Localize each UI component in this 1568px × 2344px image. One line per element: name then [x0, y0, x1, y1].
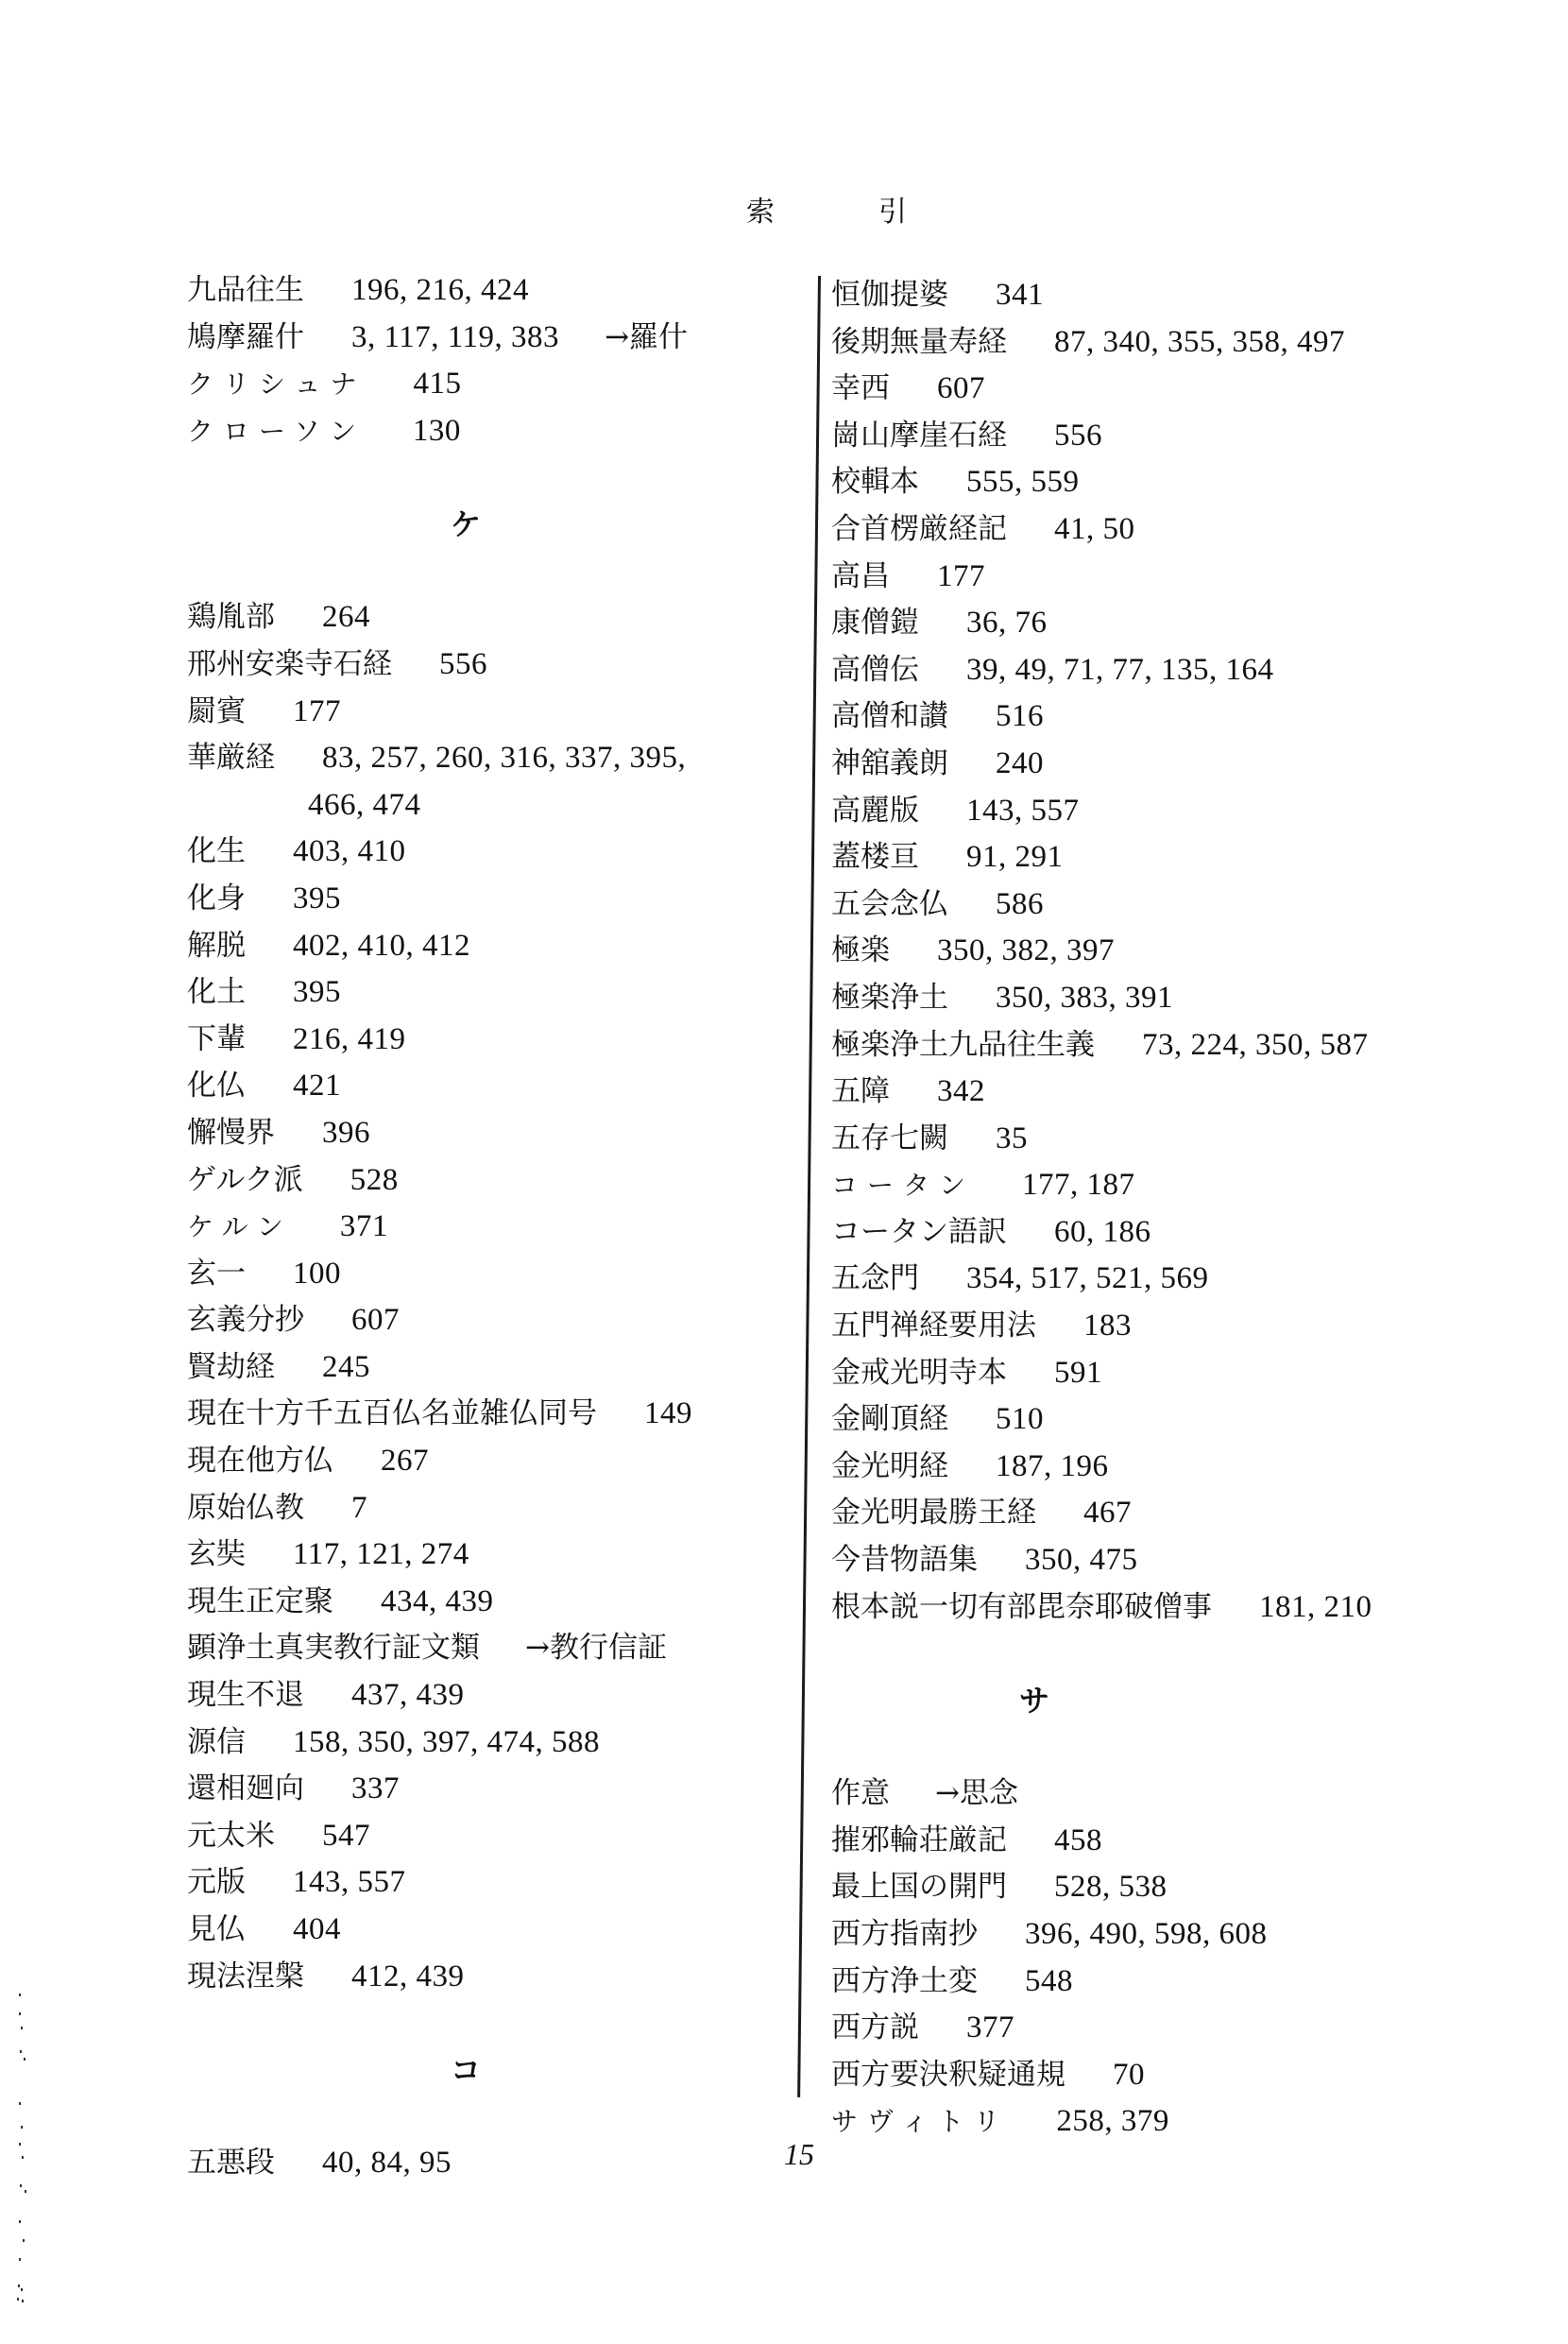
entry-term: 高昌	[831, 554, 890, 601]
entry-page-numbers: 41, 50	[1054, 506, 1135, 554]
entry-page-numbers: 91, 291	[966, 834, 1064, 881]
entry-page-numbers: 354, 517, 521, 569	[966, 1256, 1209, 1303]
entry-page-numbers: 547	[322, 1813, 370, 1860]
index-entry: サヴィトリ258, 379	[831, 2098, 1436, 2146]
entry-page-numbers: 267	[381, 1438, 429, 1485]
index-entry: 蓋楼亘91, 291	[831, 834, 1436, 881]
index-entry: 摧邪輪荘厳記458	[831, 1818, 1436, 1865]
entry-term: 西方浄土変	[831, 1959, 978, 2006]
entry-term: 幸西	[831, 366, 890, 413]
index-entry: 罽賓177	[187, 689, 792, 736]
index-entry: 化土395	[187, 969, 792, 1017]
entry-page-numbers: 548	[1025, 1959, 1073, 2006]
entry-page-numbers: 607	[937, 366, 985, 413]
entry-term: 五悪段	[187, 2140, 275, 2187]
entry-term: 恒伽提婆	[831, 272, 948, 319]
entry-term: 華厳経	[187, 735, 275, 782]
entry-term: 今昔物語集	[831, 1537, 978, 1584]
entry-page-numbers: 3, 117, 119, 383	[351, 315, 559, 362]
index-entry: 現在他方仏267	[187, 1438, 792, 1485]
entry-page-numbers: 130	[413, 408, 461, 455]
index-entry: コータン177, 187	[831, 1162, 1436, 1209]
entry-page-numbers: 371	[340, 1204, 388, 1251]
index-entry: 原始仏教7	[187, 1485, 792, 1532]
entry-term: 邢州安楽寺石経	[187, 642, 392, 689]
index-entry: 鳩摩羅什3, 117, 119, 383→羅什	[187, 315, 792, 362]
entry-term: 作意	[831, 1771, 890, 1818]
entry-page-numbers: 177	[293, 689, 341, 736]
entry-page-numbers: 556	[439, 642, 487, 689]
entry-page-numbers: 100	[293, 1251, 341, 1298]
entry-page-numbers: 403, 410	[293, 829, 406, 876]
entry-term: 化生	[187, 829, 246, 876]
entry-term: 下輩	[187, 1017, 246, 1064]
index-entry: 校輯本555, 559	[831, 459, 1436, 506]
entry-term: 金光明最勝王経	[831, 1490, 1036, 1537]
entry-term: 化仏	[187, 1063, 246, 1110]
entry-page-numbers: 377	[966, 2005, 1014, 2052]
entry-page-numbers: 187, 196	[996, 1444, 1109, 1491]
entry-term: 解脱	[187, 923, 246, 970]
entry-term: 五存七闕	[831, 1116, 948, 1163]
entry-term: 康僧鎧	[831, 600, 919, 647]
page-header: 索 引	[746, 194, 907, 231]
entry-term: 極楽	[831, 928, 890, 975]
index-entry: 化身395	[187, 876, 792, 923]
entry-term: 崗山摩崖石経	[831, 413, 1007, 460]
index-entry: 玄奘117, 121, 274	[187, 1531, 792, 1579]
entry-page-numbers: 39, 49, 71, 77, 135, 164	[966, 647, 1274, 694]
entry-term: 玄一	[187, 1251, 246, 1298]
index-entry: 元版143, 557	[187, 1859, 792, 1907]
index-entry: 高僧伝39, 49, 71, 77, 135, 164	[831, 647, 1436, 694]
entry-page-numbers: 395	[293, 969, 341, 1017]
entry-term: クリシュナ	[187, 361, 366, 408]
index-column-right: 恒伽提婆341後期無量寿経87, 340, 355, 358, 497幸西607…	[831, 272, 1436, 2146]
index-entry: 源信158, 350, 397, 474, 588	[187, 1720, 792, 1767]
entry-term: 化身	[187, 876, 246, 923]
entry-cross-reference: →思念	[935, 1771, 1018, 1818]
index-entry: 神舘義朗240	[831, 741, 1436, 788]
entry-term: 校輯本	[831, 459, 919, 506]
index-entry: 西方要決釈疑通規70	[831, 2052, 1436, 2099]
entry-page-numbers: 264	[322, 594, 370, 642]
entry-page-numbers: 143, 557	[293, 1859, 406, 1907]
index-entry: 極楽浄土九品往生義73, 224, 350, 587	[831, 1022, 1436, 1069]
entry-page-numbers: 396, 490, 598, 608	[1025, 1911, 1268, 1959]
entry-term: 高麗版	[831, 788, 919, 835]
index-entry: クローソン130	[187, 408, 792, 455]
index-entry: 現在十方千五百仏名並雑仏同号149	[187, 1391, 792, 1438]
column-divider	[797, 276, 821, 2097]
index-entry: 極楽350, 382, 397	[831, 928, 1436, 975]
entry-term: 五障	[831, 1069, 890, 1116]
index-entry: 恒伽提婆341	[831, 272, 1436, 319]
entry-page-numbers: 528	[350, 1157, 399, 1205]
entry-page-numbers: 240	[996, 741, 1044, 788]
entry-page-numbers: 196, 216, 424	[351, 267, 529, 315]
index-entry: 五門禅経要用法183	[831, 1303, 1436, 1350]
index-entry: 現生不退437, 439	[187, 1672, 792, 1720]
entry-page-numbers: 556	[1054, 413, 1102, 460]
entry-page-numbers: 35	[996, 1116, 1028, 1163]
section-heading: ケ	[187, 454, 744, 594]
entry-page-numbers: 342	[937, 1069, 985, 1116]
entry-term: 摧邪輪荘厳記	[831, 1818, 1007, 1865]
header-char-left: 索	[746, 194, 775, 231]
entry-page-numbers: 591	[1054, 1350, 1102, 1397]
index-entry: 作意→思念	[831, 1771, 1436, 1818]
entry-page-numbers: 350, 382, 397	[937, 928, 1115, 975]
entry-term: 極楽浄土	[831, 975, 948, 1022]
entry-term: 後期無量寿経	[831, 319, 1007, 367]
entry-page-numbers: 117, 121, 274	[293, 1531, 469, 1579]
entry-term: 罽賓	[187, 689, 246, 736]
index-entry: 九品往生196, 216, 424	[187, 267, 792, 315]
entry-term: 高僧伝	[831, 647, 919, 694]
index-page: 索 引 九品往生196, 216, 424鳩摩羅什3, 117, 119, 38…	[0, 0, 1568, 2344]
entry-term: 鶏胤部	[187, 594, 275, 642]
index-entry: 幸西607	[831, 366, 1436, 413]
index-entry: 玄一100	[187, 1251, 792, 1298]
entry-cross-reference: →教行信証	[525, 1625, 667, 1672]
entry-page-numbers: 402, 410, 412	[293, 923, 470, 970]
entry-term: コータン語訳	[831, 1209, 1007, 1257]
entry-term: 原始仏教	[187, 1485, 304, 1532]
index-entry: 現生正定聚434, 439	[187, 1579, 792, 1626]
index-entry: 鶏胤部264	[187, 594, 792, 642]
entry-page-numbers: 607	[351, 1297, 400, 1344]
entry-page-numbers: 466, 474	[308, 782, 421, 830]
entry-page-numbers: 158, 350, 397, 474, 588	[293, 1720, 600, 1767]
entry-term: 還相廻向	[187, 1766, 304, 1813]
index-entry: 五存七闕35	[831, 1116, 1436, 1163]
entry-page-numbers: 415	[413, 361, 461, 408]
entry-term: 玄義分抄	[187, 1297, 304, 1344]
index-entry: 現法涅槃412, 439	[187, 1954, 792, 2001]
entry-term: 西方説	[831, 2005, 919, 2052]
index-column-left: 九品往生196, 216, 424鳩摩羅什3, 117, 119, 383→羅什…	[187, 267, 792, 2187]
entry-page-numbers: 258, 379	[1056, 2098, 1169, 2146]
entry-page-numbers: 586	[996, 881, 1044, 929]
entry-term: 九品往生	[187, 267, 304, 315]
index-entry: 化生403, 410	[187, 829, 792, 876]
entry-term: 現在十方千五百仏名並雑仏同号	[187, 1391, 597, 1438]
entry-page-numbers: 341	[996, 272, 1044, 319]
entry-term: 五念門	[831, 1256, 919, 1303]
entry-page-numbers: 60, 186	[1054, 1209, 1151, 1257]
index-entry: 後期無量寿経87, 340, 355, 358, 497	[831, 319, 1436, 367]
entry-term: 現在他方仏	[187, 1438, 333, 1485]
index-entry: 下輩216, 419	[187, 1017, 792, 1064]
entry-page-numbers: 404	[293, 1907, 341, 1954]
entry-term: 元版	[187, 1859, 246, 1907]
entry-term: 玄奘	[187, 1531, 246, 1579]
entry-page-numbers: 528, 538	[1054, 1864, 1167, 1911]
page-number: 15	[784, 2137, 814, 2172]
index-entry: 金光明経187, 196	[831, 1444, 1436, 1491]
index-entry: 西方浄土変548	[831, 1959, 1436, 2006]
entry-term: 鳩摩羅什	[187, 315, 304, 362]
entry-page-numbers: 40, 84, 95	[322, 2140, 452, 2187]
entry-page-numbers: 149	[644, 1391, 692, 1438]
index-entry: 西方指南抄396, 490, 598, 608	[831, 1911, 1436, 1959]
index-entry: 還相廻向337	[187, 1766, 792, 1813]
index-entry: ケルン371	[187, 1204, 792, 1251]
index-entry-continuation: 466, 474	[187, 782, 792, 830]
entry-term: 見仏	[187, 1907, 246, 1954]
index-entry: 五悪段40, 84, 95	[187, 2140, 792, 2187]
entry-page-numbers: 510	[996, 1396, 1044, 1444]
index-entry: 元太米547	[187, 1813, 792, 1860]
index-entry: 高僧和讃516	[831, 693, 1436, 741]
entry-term: 現生不退	[187, 1672, 304, 1720]
entry-term: 懈慢界	[187, 1110, 275, 1157]
entry-page-numbers: 36, 76	[966, 600, 1048, 647]
index-entry: 最上国の開門528, 538	[831, 1864, 1436, 1911]
entry-term: 高僧和讃	[831, 693, 948, 741]
entry-term: サヴィトリ	[831, 2098, 1009, 2146]
entry-term: コータン	[831, 1162, 975, 1209]
entry-term: ケルン	[187, 1204, 293, 1251]
index-entry: 西方説377	[831, 2005, 1436, 2052]
index-entry: 金剛頂経510	[831, 1396, 1436, 1444]
entry-term: クローソン	[187, 408, 366, 455]
index-entry: 極楽浄土350, 383, 391	[831, 975, 1436, 1022]
index-entry: 高昌177	[831, 554, 1436, 601]
entry-page-numbers: 516	[996, 693, 1044, 741]
entry-page-numbers: 555, 559	[966, 459, 1080, 506]
index-entry: 玄義分抄607	[187, 1297, 792, 1344]
entry-term: 顕浄土真実教行証文類	[187, 1625, 480, 1672]
entry-page-numbers: 467	[1083, 1490, 1132, 1537]
entry-term: 現法涅槃	[187, 1954, 304, 2001]
index-entry: 華厳経83, 257, 260, 316, 337, 395,	[187, 735, 792, 782]
entry-term: 現生正定聚	[187, 1579, 333, 1626]
entry-page-numbers: 73, 224, 350, 587	[1142, 1022, 1369, 1069]
entry-page-numbers: 434, 439	[381, 1579, 494, 1626]
entry-term: 賢劫経	[187, 1344, 275, 1392]
index-entry: 解脱402, 410, 412	[187, 923, 792, 970]
index-entry: 化仏421	[187, 1063, 792, 1110]
entry-term: 金戒光明寺本	[831, 1350, 1007, 1397]
entry-term: 西方指南抄	[831, 1911, 978, 1959]
entry-term: 五会念仏	[831, 881, 948, 929]
index-entry: 五会念仏586	[831, 881, 1436, 929]
index-entry: 康僧鎧36, 76	[831, 600, 1436, 647]
entry-page-numbers: 177	[937, 554, 985, 601]
entry-term: 極楽浄土九品往生義	[831, 1022, 1095, 1069]
index-entry: ゲルク派528	[187, 1157, 792, 1205]
index-entry: コータン語訳60, 186	[831, 1209, 1436, 1257]
entry-term: 西方要決釈疑通規	[831, 2052, 1065, 2099]
entry-term: 元太米	[187, 1813, 275, 1860]
index-entry: 五障342	[831, 1069, 1436, 1116]
entry-page-numbers: 337	[351, 1766, 400, 1813]
index-entry: 今昔物語集350, 475	[831, 1537, 1436, 1584]
entry-page-numbers: 421	[293, 1063, 341, 1110]
entry-page-numbers: 437, 439	[351, 1672, 465, 1720]
entry-page-numbers: 7	[351, 1485, 367, 1532]
index-entry: 見仏404	[187, 1907, 792, 1954]
index-entry: 賢劫経245	[187, 1344, 792, 1392]
entry-page-numbers: 181, 210	[1259, 1584, 1372, 1632]
index-entry: クリシュナ415	[187, 361, 792, 408]
section-heading: コ	[187, 2000, 744, 2140]
entry-term: 根本説一切有部毘奈耶破僧事	[831, 1584, 1212, 1632]
entry-term: 源信	[187, 1720, 246, 1767]
entry-term: 神舘義朗	[831, 741, 948, 788]
index-entry: 懈慢界396	[187, 1110, 792, 1157]
entry-page-numbers: 183	[1083, 1303, 1132, 1350]
index-entry: 金戒光明寺本591	[831, 1350, 1436, 1397]
entry-term: 金剛頂経	[831, 1396, 948, 1444]
entry-page-numbers: 83, 257, 260, 316, 337, 395,	[322, 735, 686, 782]
header-char-right: 引	[878, 194, 907, 231]
scan-artifacts	[15, 1984, 43, 2315]
index-entry: 根本説一切有部毘奈耶破僧事181, 210	[831, 1584, 1436, 1632]
entry-term: 合首楞厳経記	[831, 506, 1007, 554]
entry-page-numbers: 458	[1054, 1818, 1102, 1865]
entry-term: 最上国の開門	[831, 1864, 1007, 1911]
entry-term: 金光明経	[831, 1444, 948, 1491]
index-entry: 高麗版143, 557	[831, 788, 1436, 835]
entry-page-numbers: 412, 439	[351, 1954, 465, 2001]
entry-page-numbers: 70	[1113, 2052, 1145, 2099]
index-entry: 邢州安楽寺石経556	[187, 642, 792, 689]
entry-page-numbers: 350, 383, 391	[996, 975, 1173, 1022]
entry-page-numbers: 143, 557	[966, 788, 1080, 835]
entry-page-numbers: 216, 419	[293, 1017, 406, 1064]
entry-page-numbers: 396	[322, 1110, 370, 1157]
index-entry: 金光明最勝王経467	[831, 1490, 1436, 1537]
entry-term: 五門禅経要用法	[831, 1303, 1036, 1350]
entry-term: 化土	[187, 969, 246, 1017]
entry-page-numbers: 395	[293, 876, 341, 923]
entry-term: 蓋楼亘	[831, 834, 919, 881]
section-heading: サ	[831, 1631, 1237, 1771]
index-entry: 崗山摩崖石経556	[831, 413, 1436, 460]
index-entry: 五念門354, 517, 521, 569	[831, 1256, 1436, 1303]
index-entry: 顕浄土真実教行証文類→教行信証	[187, 1625, 792, 1672]
entry-term: ゲルク派	[187, 1157, 303, 1205]
entry-page-numbers: 87, 340, 355, 358, 497	[1054, 319, 1345, 367]
entry-page-numbers: 350, 475	[1025, 1537, 1138, 1584]
entry-cross-reference: →羅什	[605, 315, 688, 362]
entry-page-numbers: 245	[322, 1344, 370, 1392]
entry-page-numbers: 177, 187	[1022, 1162, 1135, 1209]
index-entry: 合首楞厳経記41, 50	[831, 506, 1436, 554]
